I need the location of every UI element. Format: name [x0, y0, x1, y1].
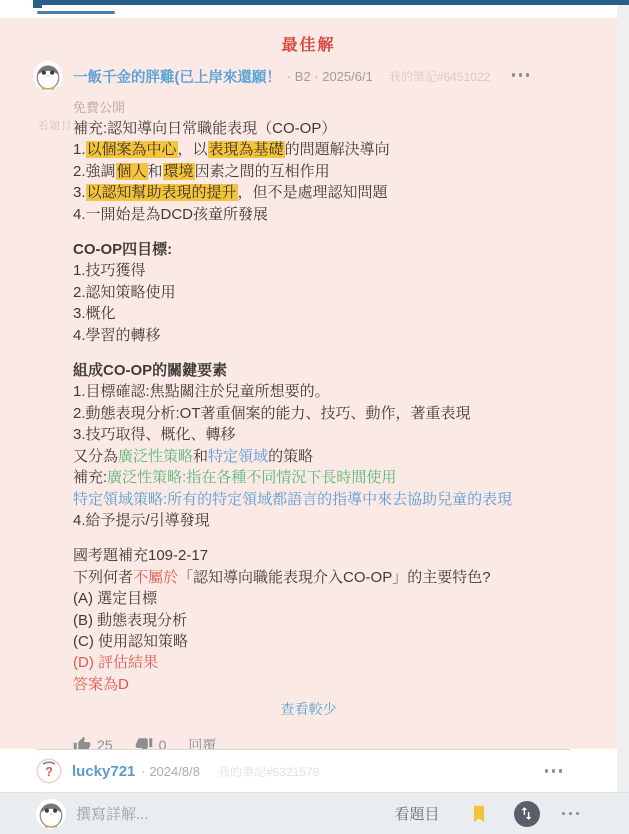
- comment-row[interactable]: ? lucky721 · 2024/8/8 我的筆記#6321579: [0, 750, 617, 792]
- view-question-button[interactable]: 看題目: [394, 803, 439, 824]
- top-blue-bar: [33, 0, 629, 5]
- text-segment: 特定領域策略:所有的特定領域都語言的指導中來去協助兒童的表現: [73, 491, 512, 508]
- comment-username[interactable]: lucky721: [72, 763, 135, 780]
- content-line: 2.強調個人和環境因素之間的互相作用: [73, 161, 581, 182]
- comment-date: · 2024/8/8: [141, 764, 200, 779]
- content-line: [73, 225, 581, 239]
- text-segment: 「認知導向職能表現介入CO-OP」的主要特色?: [178, 569, 491, 586]
- text-segment: 的問題解決導向: [285, 141, 390, 158]
- text-segment: 2.強調: [73, 163, 116, 180]
- content-line: (D) 評估結果: [73, 652, 581, 673]
- text-segment: 又分為: [73, 448, 118, 465]
- text-segment: CO-OP四目標:: [73, 241, 172, 258]
- text-segment: 4.一開始是為DCD孩童所發展: [73, 206, 268, 223]
- answer-user-row: 一飯千金的胖雞(已上岸來還願！ · B2 · 2025/6/1 我的筆記#645…: [33, 61, 584, 91]
- bookmark-icon: [468, 803, 490, 825]
- content-line: 4.學習的轉移: [73, 325, 581, 346]
- text-segment: 1.: [73, 141, 86, 158]
- text-segment: 4.給予提示/引導發現: [73, 512, 210, 529]
- text-segment: 答案為D: [73, 676, 129, 693]
- text-segment: 組成CO-OP的關鍵要素: [73, 362, 227, 379]
- text-segment: 補充:認知導向日常職能表現（CO-OP）: [73, 120, 336, 137]
- content-line: 3.概化: [73, 303, 581, 324]
- content-line: 補充:認知導向日常職能表現（CO-OP）: [73, 118, 581, 139]
- text-segment: 的策略: [268, 448, 313, 465]
- sort-button[interactable]: [514, 801, 540, 827]
- text-segment: (B) 動態表現分析: [73, 612, 187, 629]
- content-line: 補充:廣泛性策略:指在各種不同情況下長時間使用: [73, 467, 581, 488]
- text-segment: (C) 使用認知策略: [73, 633, 188, 650]
- answer-watermark: 我的筆記#6451022: [389, 68, 490, 85]
- content-line: 答案為D: [73, 674, 581, 695]
- content-line: (B) 動態表現分析: [73, 610, 581, 631]
- content-line: 4.給予提示/引導發現: [73, 510, 581, 531]
- comment-watermark: 我的筆記#6321579: [218, 763, 319, 780]
- content-line: [73, 346, 581, 360]
- composer-bar: 撰寫詳解... 看題目: [0, 792, 629, 834]
- content-line: 1.以個案為中心，以表現為基礎的問題解決導向: [73, 139, 581, 160]
- text-segment: 2.動態表現分析:OT著重個案的能力、技巧、動作，著重表現: [73, 405, 471, 422]
- text-segment: 2.認知策略使用: [73, 284, 176, 301]
- text-segment: 表現為基礎: [208, 141, 285, 158]
- content-line: 下列何者不屬於「認知導向職能表現介入CO-OP」的主要特色?: [73, 567, 581, 588]
- answer-user-meta: · B2 · 2025/6/1: [287, 69, 373, 84]
- content-line: (C) 使用認知策略: [73, 631, 581, 652]
- text-segment: 下列何者: [73, 569, 133, 586]
- text-segment: (D) 評估結果: [73, 654, 158, 671]
- text-segment: 廣泛性策略:指在各種不同情況下長時間使用: [107, 469, 396, 486]
- content-line: 3.技巧取得、概化、轉移: [73, 424, 581, 445]
- collapse-link[interactable]: 查看較少: [281, 701, 337, 717]
- penguin-icon: [36, 799, 66, 829]
- best-answer-card: 最佳解 一飯千金的胖雞(已上岸來還願！ · B2 · 2025/6/1 我的筆記…: [0, 18, 617, 749]
- text-segment: ，但不是處理認知問題: [238, 184, 388, 201]
- content-line: 2.認知策略使用: [73, 282, 581, 303]
- content-line: (A) 選定目標: [73, 588, 581, 609]
- text-segment: 3.: [73, 184, 86, 201]
- top-blue-bar-end: [33, 0, 42, 8]
- text-segment: 以個案為中心: [86, 141, 178, 158]
- content-line: 特定領域策略:所有的特定領域都語言的指導中來去協助兒童的表現: [73, 489, 581, 510]
- content-line: 組成CO-OP的關鍵要素: [73, 360, 581, 381]
- text-segment: 個人: [116, 163, 148, 180]
- question-avatar[interactable]: ?: [36, 758, 62, 784]
- text-segment: 和: [148, 163, 163, 180]
- text-segment: 1.目標確認:焦點關注於兒童所想要的。: [73, 383, 330, 400]
- svg-text:?: ?: [45, 765, 53, 779]
- content-line: [73, 531, 581, 545]
- comment-more-menu[interactable]: [545, 769, 563, 773]
- penguin-avatar[interactable]: [33, 61, 63, 91]
- collapse-row: 查看較少: [0, 699, 617, 719]
- content-line: 又分為廣泛性策略和特定領域的策略: [73, 446, 581, 467]
- text-segment: 因素之間的互相作用: [195, 163, 330, 180]
- text-segment: 1.技巧獲得: [73, 262, 146, 279]
- answer-more-menu[interactable]: [512, 73, 530, 77]
- composer-more-menu[interactable]: [562, 812, 580, 816]
- visibility-label: 免費公開: [73, 97, 617, 116]
- answer-username[interactable]: 一飯千金的胖雞(已上岸來還願！: [73, 66, 281, 87]
- text-segment: 4.學習的轉移: [73, 327, 161, 344]
- content-line: 4.一開始是為DCD孩童所發展: [73, 204, 581, 225]
- content-line: 國考題補充109-2-17: [73, 545, 581, 566]
- text-segment: 3.技巧取得、概化、轉移: [73, 426, 236, 443]
- text-segment: 以認知幫助表現的提升: [86, 184, 238, 201]
- text-segment: 補充:: [73, 469, 107, 486]
- content-line: 1.技巧獲得: [73, 260, 581, 281]
- penguin-icon: [33, 61, 63, 91]
- text-segment: 廣泛性策略: [118, 448, 193, 465]
- scrollbar-track[interactable]: [617, 5, 629, 834]
- composer-input[interactable]: 撰寫詳解...: [76, 803, 394, 824]
- side-watermark: 看題目: [38, 118, 73, 133]
- text-segment: (A) 選定目標: [73, 590, 157, 607]
- content-line: 3.以認知幫助表現的提升，但不是處理認知問題: [73, 182, 581, 203]
- bookmark-button[interactable]: [468, 803, 490, 825]
- text-segment: 環境: [163, 163, 195, 180]
- text-segment: 3.概化: [73, 305, 116, 322]
- page: 最佳解 一飯千金的胖雞(已上岸來還願！ · B2 · 2025/6/1 我的筆記…: [0, 0, 629, 834]
- active-tab-underline: [37, 11, 115, 14]
- content-body: 補充:認知導向日常職能表現（CO-OP）1.以個案為中心，以表現為基礎的問題解決…: [73, 118, 581, 695]
- content-line: CO-OP四目標:: [73, 239, 581, 260]
- content-line: 1.目標確認:焦點關注於兒童所想要的。: [73, 381, 581, 402]
- text-segment: 國考題補充109-2-17: [73, 547, 208, 564]
- text-segment: ，以: [178, 141, 208, 158]
- text-segment: 和: [193, 448, 208, 465]
- text-segment: 不屬於: [133, 569, 178, 586]
- swap-vertical-icon: [518, 805, 535, 822]
- best-answer-title: 最佳解: [0, 18, 617, 55]
- content-line: 2.動態表現分析:OT著重個案的能力、技巧、動作，著重表現: [73, 403, 581, 424]
- text-segment: 特定領域: [208, 448, 268, 465]
- composer-penguin-avatar[interactable]: [36, 799, 66, 829]
- question-mark-icon: ?: [36, 758, 62, 784]
